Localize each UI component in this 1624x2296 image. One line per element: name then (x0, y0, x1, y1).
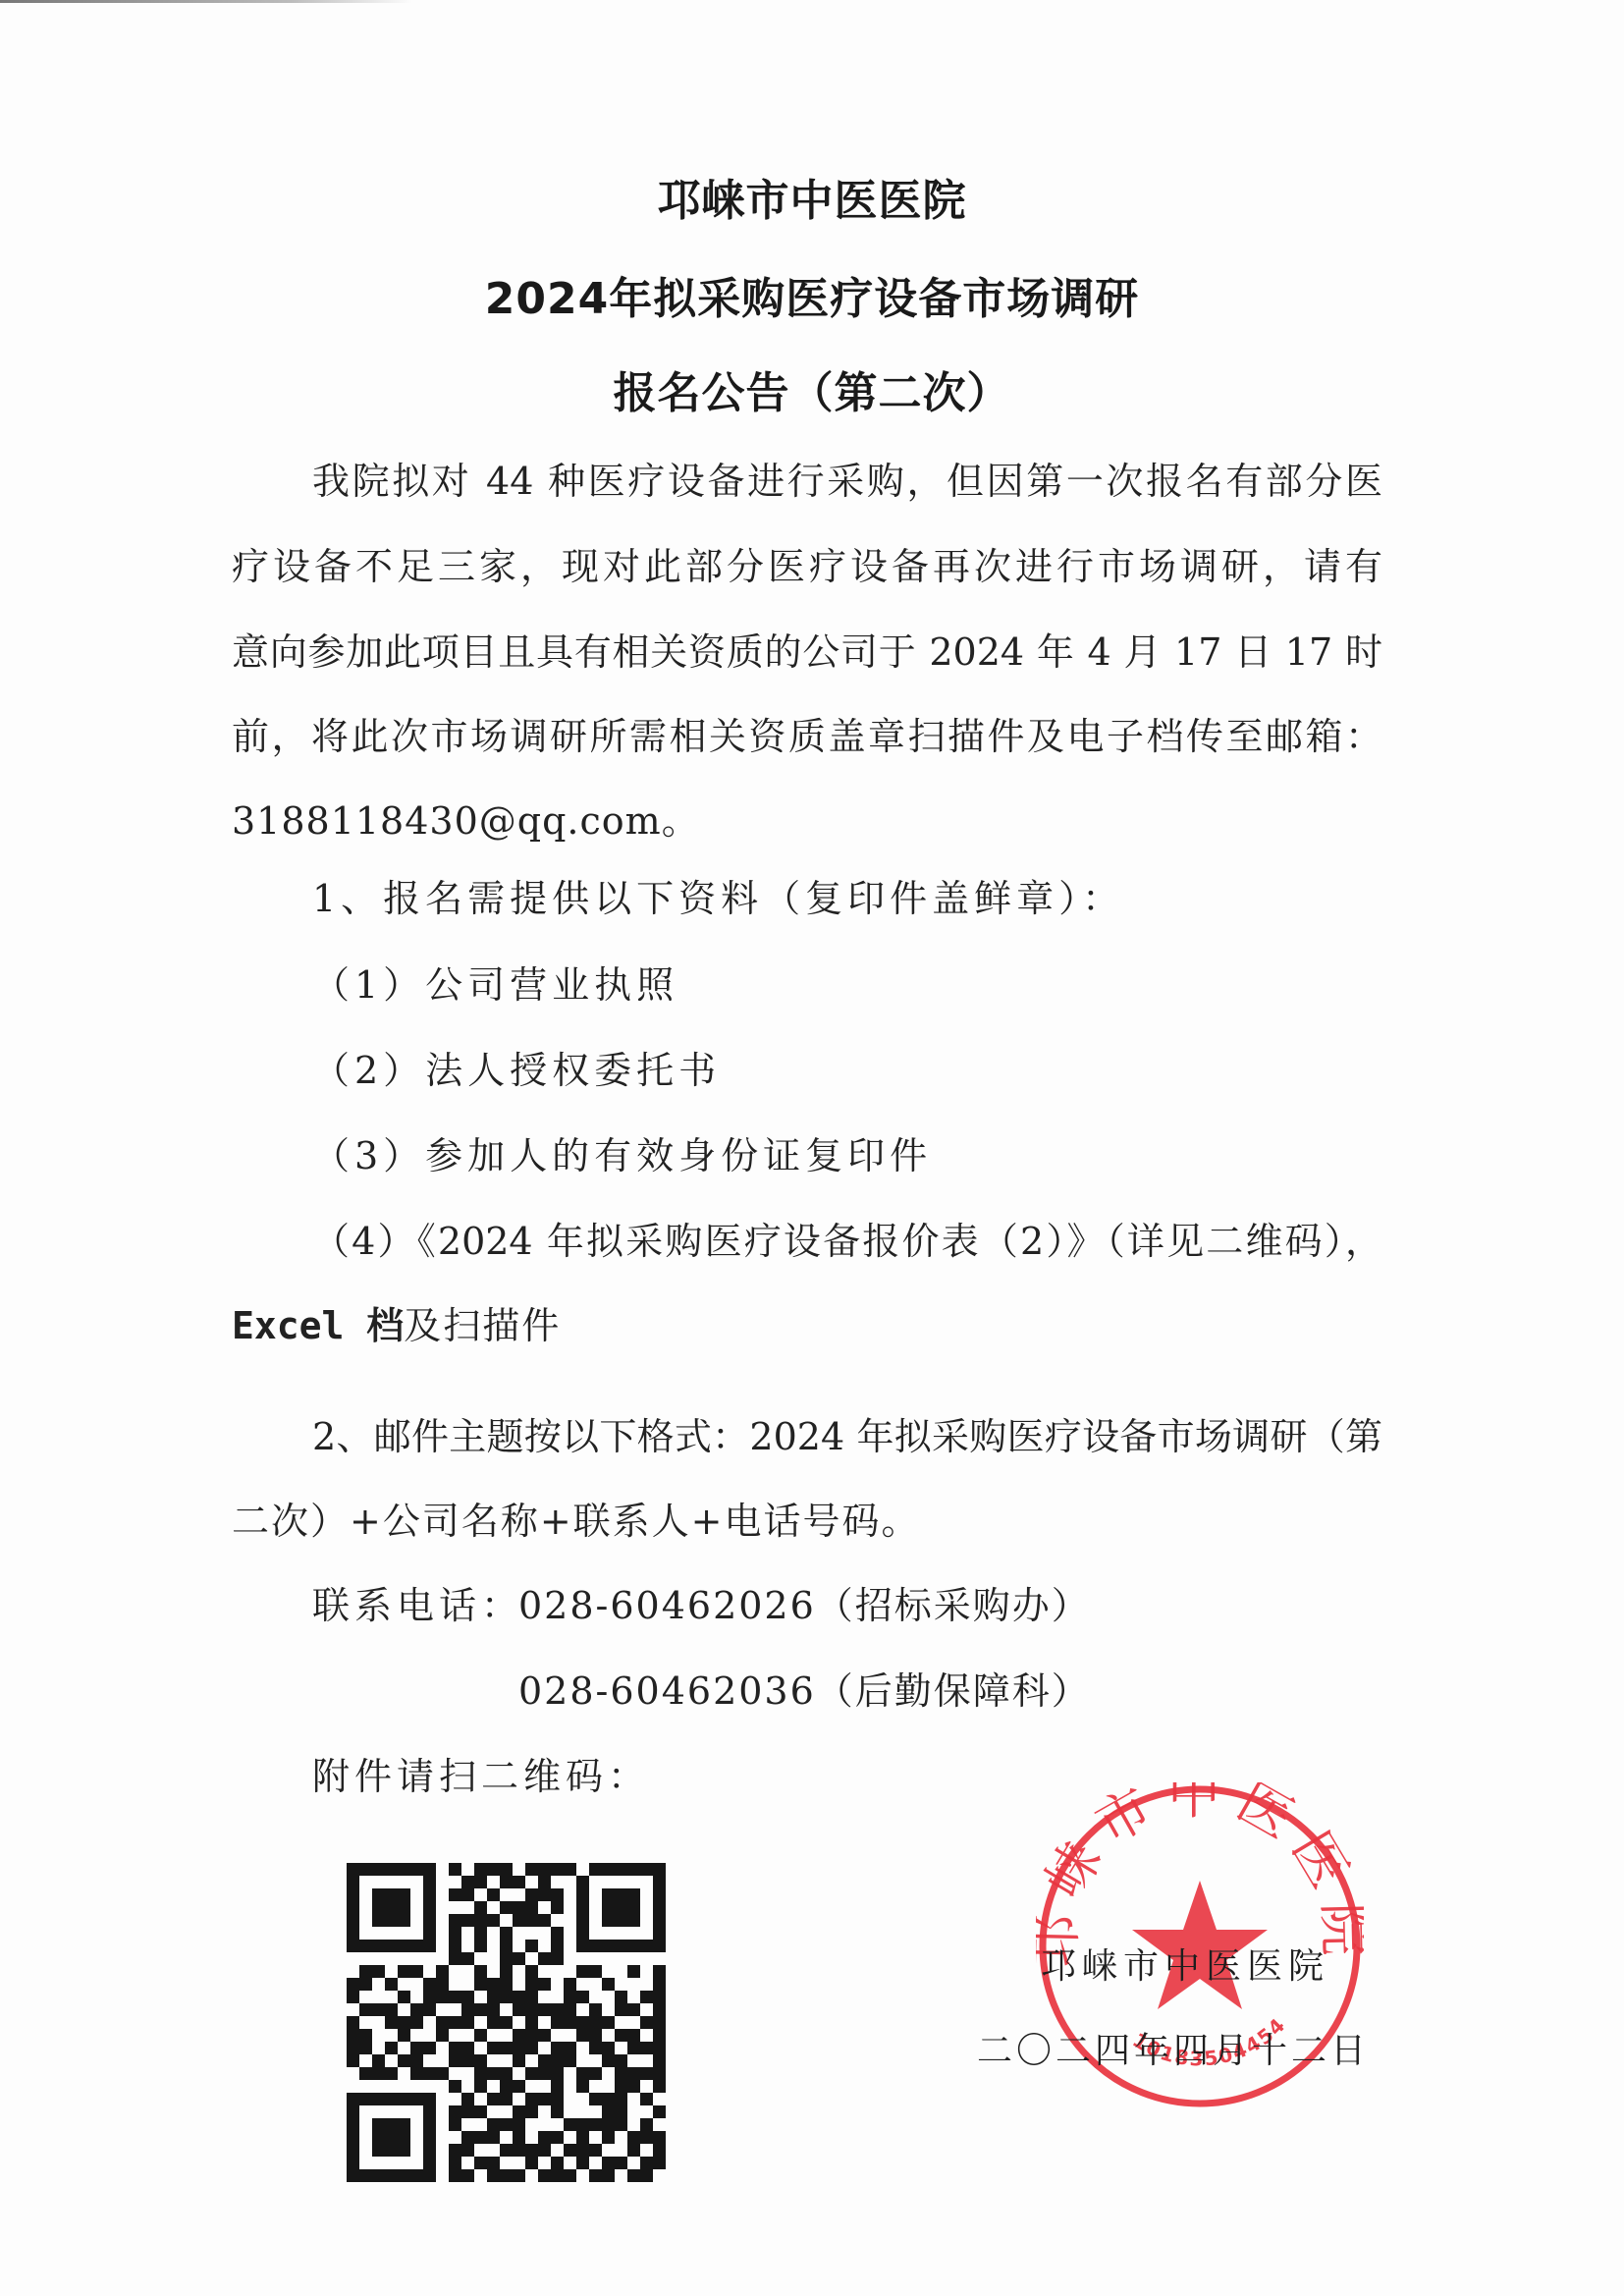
contact-phone-logistics: 028-60462036（后勤保障科） (518, 1668, 1091, 1714)
requirement-item-4-continued: Excel 档及扫描件 (232, 1303, 561, 1348)
attachment-label: 附件请扫二维码： (312, 1754, 650, 1799)
requirement-item-4: （4）《2024 年拟采购医疗设备报价表（2）》（详见二维码）， (312, 1219, 1382, 1264)
requirement-item-3: （3）参加人的有效身份证复印件 (312, 1133, 932, 1178)
para1-line4: 前，将此次市场调研所需相关资质盖章扫描件及电子档传至邮箱： (232, 714, 1382, 759)
email-address: 3188118430@qq.com。 (232, 798, 700, 844)
requirement-item-2: （2）法人授权委托书 (312, 1048, 721, 1093)
title-organization: 邛崃市中医医院 (0, 177, 1624, 226)
title-notice: 报名公告（第二次） (0, 369, 1624, 418)
scan-file-label: 及扫描件 (404, 1304, 561, 1347)
section2-line2: 二次）+公司名称+联系人+电话号码。 (232, 1499, 921, 1544)
contact-label: 联系电话： (312, 1583, 523, 1628)
qr-code[interactable] (347, 1863, 666, 2182)
star-icon (1132, 1881, 1268, 2009)
signature-date: 二〇二四年四月十二日 (977, 2031, 1370, 2072)
requirement-item-1: （1）公司营业执照 (312, 962, 678, 1008)
para1-line2: 疗设备不足三家，现对此部分医疗设备再次进行市场调研，请有 (232, 544, 1382, 589)
para1-line1: 我院拟对 44 种医疗设备进行采购，但因第一次报名有部分医 (312, 459, 1382, 504)
excel-file-label: Excel 档 (232, 1304, 404, 1347)
section2-line1: 2、邮件主题按以下格式：2024 年拟采购医疗设备市场调研（第 (312, 1414, 1382, 1459)
section1-heading: 1、报名需提供以下资料（复印件盖鲜章）： (312, 876, 1124, 921)
title-subject: 2024年拟采购医疗设备市场调研 (0, 275, 1624, 324)
signature-organization: 邛崃市中医医院 (1041, 1946, 1329, 1988)
para1-line3: 意向参加此项目且具有相关资质的公司于 2024 年 4 月 17 日 17 时 (232, 629, 1382, 675)
contact-phone-procurement: 028-60462026（招标采购办） (518, 1583, 1091, 1628)
scan-edge-artifact (0, 0, 412, 3)
